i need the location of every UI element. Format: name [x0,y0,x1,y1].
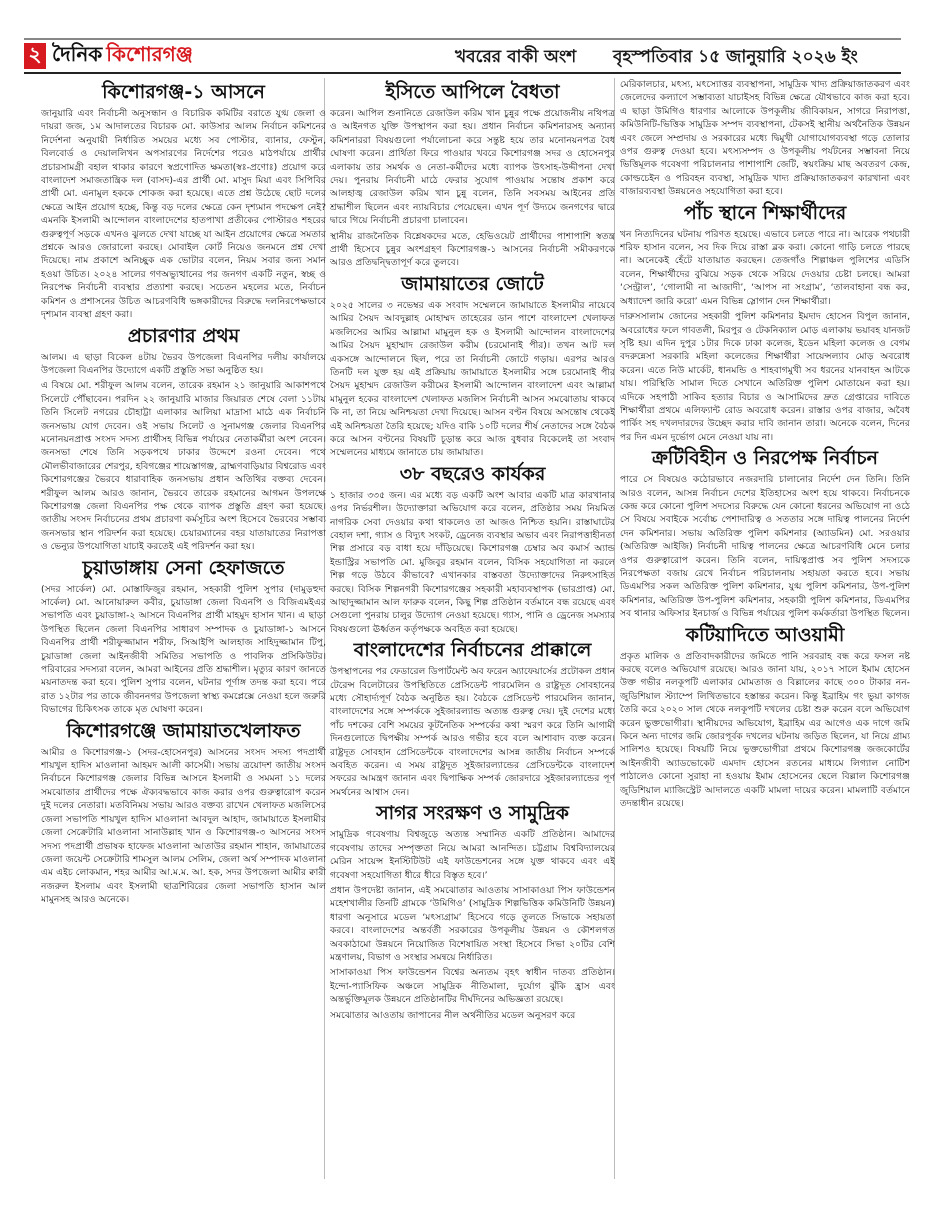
article: কিশোরগঞ্জ-১ আসনে জানুয়ারি এবং নির্বাচনী… [41,80,326,322]
column-2: ইসিতে আপিলে বৈধতা করেন। আপিল শুনানিতে রে… [330,78,615,1179]
article: পাঁচ স্থানে শিক্ষার্থীদের খন নিত্যদিনের … [620,201,910,445]
article-body: জানুয়ারি এবং নির্বাচনী অনুসন্ধান ও বিচা… [41,107,326,322]
article-body: খন নিত্যদিনের ঘটনায় পরিণত হয়েছে। এভাবে… [620,228,910,308]
section-title: খবরের বাকী অংশ [455,44,576,72]
article-body: উপস্থাপনের পর ফেডারেল ডিপার্টমেন্ট অব ফর… [330,665,615,799]
article: কিশোরগঞ্জে জামায়াতখেলাফত আমীর ও কিশোরগঞ… [41,719,326,907]
article-headline: বাংলাদেশের নির্বাচনের প্রাক্কালে [330,638,615,662]
article-headline: জামায়াতের জোটে [330,272,615,296]
column-3: মেরিকালচার, মৎস্য, মৎস্যোত্তর ব্যবস্থাপন… [620,78,910,1179]
article-body: (সদর সার্কেল) মো. মোস্তাফিজুর রহমান, সহক… [41,583,326,717]
article-body: প্রকৃত মালিক ও প্রতিবাদকারীদের জমিতে পান… [620,650,910,811]
article-body: পারে সে বিষয়েও কঠোরভাবে নজরদারি চালানোর… [620,473,910,620]
column-1: কিশোরগঞ্জ-১ আসনে জানুয়ারি এবং নির্বাচনী… [41,78,326,1179]
article: কটিয়াদিতে আওয়ামী প্রকৃত মালিক ও প্রতিব… [620,623,910,811]
article: প্রচারণার প্রথম আলম। এ ছাড়া বিকেল ৪টায়… [41,324,326,554]
article-headline: কিশোরগঞ্জে জামায়াতখেলাফত [41,719,326,743]
article: চুয়াডাঙ্গায় সেনা হেফাজতে (সদর সার্কেল)… [41,556,326,717]
brand-prefix: দৈনিক [52,40,102,73]
article-body: দারুসসালাম জোনের সহকারী পুলিশ কমিশনার ইম… [620,310,910,444]
article: মেরিকালচার, মৎস্য, মৎস্যোত্তর ব্যবস্থাপন… [620,78,910,199]
article-body: প্রধান উপদেষ্টা জানান, এই সমঝোতার আওতায়… [330,884,615,964]
article: ৩৮ বছরেও কার্যকর ১ হাজার ৩৩৫ জন। এর মধ্য… [330,462,615,636]
header-rule [24,72,901,74]
article-headline: চুয়াডাঙ্গায় সেনা হেফাজতে [41,556,326,580]
page-number: ২ [24,43,46,69]
article-body: আলম। এ ছাড়া বিকেল ৪টায় ভৈরব উপজেলা বিএ… [41,351,326,378]
brand-logo: কিশোরগঞ্জ [106,40,193,73]
article-headline: ক্রটিবিহীন ও নিরপেক্ষ নির্বাচন [620,446,910,470]
article-headline: সাগর সংরক্ষণ ও সামুদ্রিক [330,801,615,825]
article-headline: কিশোরগঞ্জ-১ আসনে [41,80,326,104]
article-headline: কটিয়াদিতে আওয়ামী [620,623,910,647]
article-body: ২০২৫ সালের ৩ নভেম্বর এক সংবাদ সম্মেলনে জ… [330,299,615,460]
article: বাংলাদেশের নির্বাচনের প্রাক্কালে উপস্থাপ… [330,638,615,799]
article-body: ১ হাজার ৩৩৫ জন। এর মধ্যে বড় একটি অংশ আব… [330,489,615,636]
article-body: এ বিষয়ে মো. শরীফুল আলম বলেন, তারেক রহমা… [41,379,326,553]
article-body: আমীর ও কিশোরগঞ্জ-১ (সদর-হোসেনপুর) আসনের … [41,746,326,907]
article: ইসিতে আপিলে বৈধতা করেন। আপিল শুনানিতে রে… [330,80,615,270]
article-headline: ৩৮ বছরেও কার্যকর [330,462,615,486]
article-body: মেরিকালচার, মৎস্য, মৎস্যোত্তর ব্যবস্থাপন… [620,78,910,199]
article-headline: ইসিতে আপিলে বৈধতা [330,80,615,104]
article-headline: পাঁচ স্থানে শিক্ষার্থীদের [620,201,910,225]
article: জামায়াতের জোটে ২০২৫ সালের ৩ নভেম্বর এক … [330,272,615,460]
article: সাগর সংরক্ষণ ও সামুদ্রিক সামুদ্রিক গবেষণ… [330,801,615,1022]
article-body: সাসাকাওয়া পিস ফাউন্ডেশন বিশ্বের অন্যতম … [330,966,615,1006]
article-body: স্থানীয় রাজনৈতিক বিশ্লেষকদের মতে, হেভিও… [330,230,615,270]
article-body: করেন। আপিল শুনানিতে রেজাউল করিম খান চুন্… [330,107,615,228]
article: ক্রটিবিহীন ও নিরপেক্ষ নির্বাচন পারে সে ব… [620,446,910,620]
article-body: সমঝোতার আওতায় জাপানের নীল অর্থনীতির মডে… [330,1009,615,1022]
article-headline: প্রচারণার প্রথম [41,324,326,348]
issue-date: বৃহস্পতিবার ১৫ জানুয়ারি ২০২৬ ইং [613,44,858,72]
article-body: সামুদ্রিক গবেষণায় বিশ্বজুড়ে অত্যন্ত সম… [330,828,615,882]
